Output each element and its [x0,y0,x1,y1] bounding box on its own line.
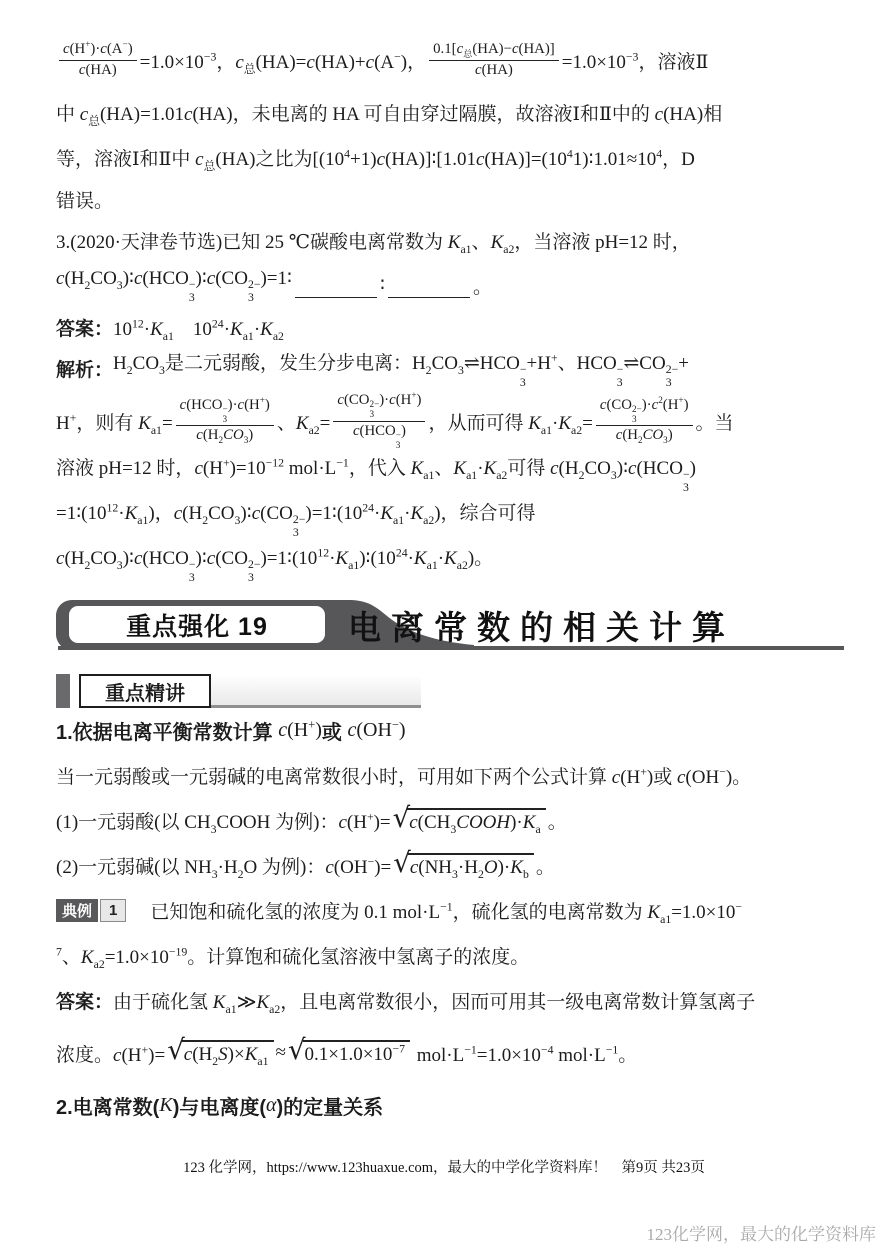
question-3: 3.(2020·天津卷节选)已知 25 ℃碳酸电离常数为 Ka1、Ka2，当溶液… [56,218,846,308]
example-badge-label: 典例 [56,899,98,922]
text-line: 等，溶液Ⅰ和Ⅱ中 c总(HA)之比为[(104+1)c(HA)]∶[1.01c(… [56,135,846,180]
example-answer: 答案：由于硫化氢 Ka1≫Ka2，且电离常数很小，因而可用其一级电离常数计算氢离… [56,978,846,1083]
page-content: c(H+)·c(A−)c(HA)=1.0×10−3，c总(HA)=c(HA)+c… [0,0,888,1128]
question-text-line: 3.(2020·天津卷节选)已知 25 ℃碳酸电离常数为 Ka1、Ka2，当溶液… [56,218,846,263]
point-heading: 2.电离常数(K)与电离度(α)的定量关系 [56,1083,846,1128]
example-text-line: 7、Ka2=1.0×10−19。计算饱和硫化氢溶液中氢离子的浓度。 [56,933,846,978]
banner-rule [58,646,844,650]
example-badge-number: 1 [100,899,126,922]
tab-label: 重点精讲 [105,677,185,706]
answer-3: 答案：1012·Ka1 1024·Ka1·Ka2 [56,308,846,346]
answer-line: 答案：1012·Ka1 1024·Ka1·Ka2 [56,308,846,346]
document-page: c(H+)·c(A−)c(HA)=1.0×10−3，c总(HA)=c(HA)+c… [0,0,888,1255]
subsection-tab: 重点精讲 [56,674,846,708]
page-footer: 123 化学网，https://www.123huaxue.com，最大的中学化… [0,1156,888,1177]
analysis-formula-line: H+，则有 Ka1=c(HCO−3)·c(H+)c(H2CO3)、Ka2=c(C… [56,391,846,451]
example-text: 已知饱和硫化氢的浓度为 0.1 mol·L−1，硫化氢的电离常数为 Ka1=1.… [150,897,742,924]
tab-label-box: 重点精讲 [79,674,211,708]
question-blank-line: c(H2CO3)∶c(HCO−3)∶c(CO2−3)=1∶∶。 [56,263,846,308]
text-line: 错误。 [56,180,846,218]
analysis-line: 溶液 pH=12 时，c(H+)=10−12 mol·L−1，代入 Ka1、Ka… [56,451,846,496]
analysis-line: =1∶(1012·Ka1)，c(H2CO3)∶c(CO2−3)=1∶(1024·… [56,496,846,541]
formula-weak-acid: (1)一元弱酸(以 CH3COOH 为例)：c(H+)=√c(CH3COOH)·… [56,798,846,843]
banner-badge-label: 重点强化 19 [126,607,268,643]
tab-decor-strip [209,677,421,708]
prev-answer-analysis: c(H+)·c(A−)c(HA)=1.0×10−3，c总(HA)=c(HA)+c… [56,30,846,218]
text-line: 中 c总(HA)=1.01c(HA)，未电离的 HA 可自由穿过隔膜，故溶液Ⅰ和… [56,90,846,135]
point-heading: 1.依据电离平衡常数计算 c(H+)或 c(OH−) [56,708,846,753]
banner-badge: 重点强化 19 [69,606,325,643]
example-1: 典例 1 已知饱和硫化氢的浓度为 0.1 mol·L−1，硫化氢的电离常数为 K… [56,888,846,978]
example-answer-line: 答案：由于硫化氢 Ka1≫Ka2，且电离常数很小，因而可用其一级电离常数计算氢离… [56,978,846,1023]
analysis-3: 解析：H2CO3是二元弱酸，发生分步电离：H2CO3⇌HCO−3+H+、HCO−… [56,346,846,586]
formula-weak-base: (2)一元弱碱(以 NH3·H2O 为例)：c(OH−)=√c(NH3·H2O)… [56,843,846,888]
example-first-line: 典例 1 已知饱和硫化氢的浓度为 0.1 mol·L−1，硫化氢的电离常数为 K… [56,888,846,933]
banner-title: 电离常数的相关计算 [348,602,735,649]
analysis-line: 解析：H2CO3是二元弱酸，发生分步电离：H2CO3⇌HCO−3+H+、HCO−… [56,346,846,391]
analysis-line: c(H2CO3)∶c(HCO−3)∶c(CO2−3)=1∶(1012·Ka1)∶… [56,541,846,586]
point-paragraph: 当一元弱酸或一元弱碱的电离常数很小时，可用如下两个公式计算 c(H+)或 c(O… [56,753,846,798]
key-point-2: 2.电离常数(K)与电离度(α)的定量关系 [56,1083,846,1128]
tab-accent-bar [56,674,70,708]
formula-line: c(H+)·c(A−)c(HA)=1.0×10−3，c总(HA)=c(HA)+c… [56,30,846,90]
section-banner: 重点强化 19 电离常数的相关计算 [56,600,846,650]
site-watermark: 123化学网，最大的化学资料库 [647,1220,877,1245]
example-badge: 典例 1 [56,899,126,922]
key-point-1: 1.依据电离平衡常数计算 c(H+)或 c(OH−) 当一元弱酸或一元弱碱的电离… [56,708,846,888]
example-answer-formula-line: 浓度。c(H+)=√c(H2S)×Ka1≈√0.1×1.0×10−7 mol·L… [56,1023,846,1083]
